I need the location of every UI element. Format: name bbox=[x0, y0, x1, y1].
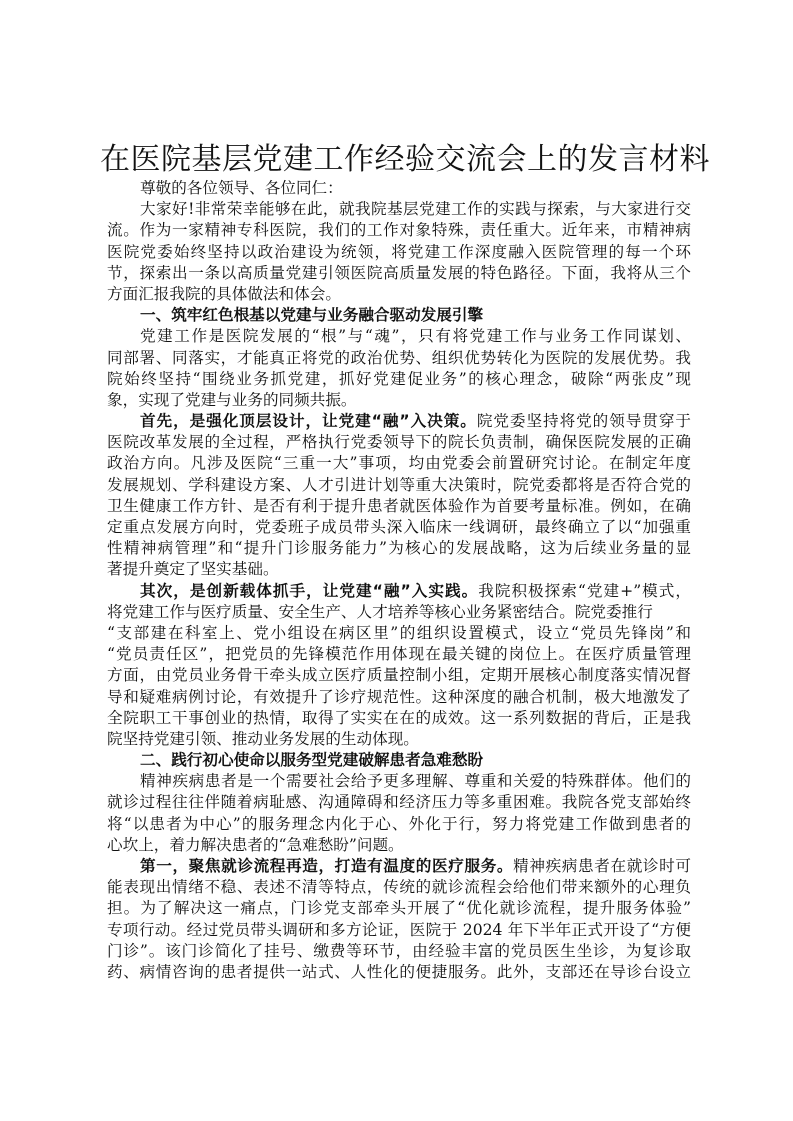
text-line: 门诊”。该门诊简化了挂号、缴费等环节，由经验丰富的党员医生坐诊，为复诊取 bbox=[107, 941, 691, 962]
text-line: 医院改革发展的全过程，严格执行党委领导下的院长负责制，确保医院发展的正确 bbox=[107, 432, 691, 453]
text-line: 首先，是强化顶层设计，让党建“融”入决策。院党委坚持将党的领导贯穿于 bbox=[107, 411, 691, 432]
text-line: 院始终坚持“围绕业务抓党建，抓好党建促业务”的核心理念，破除“两张皮”现 bbox=[107, 369, 691, 390]
lead-sentence: 第一，聚焦就诊流程再造，打造有温度的医疗服务。 bbox=[140, 857, 513, 875]
text-line: 著提升奠定了坚实基础。 bbox=[107, 559, 691, 580]
text-line: 导和疑难病例讨论，有效提升了诊疗规范性。这种深度的融合机制，极大地激发了 bbox=[107, 687, 691, 708]
document-page: 在医院基层党建工作经验交流会上的发言材料 尊敬的各位领导、各位同仁： 大家好!非… bbox=[0, 0, 793, 1121]
text-line: 发展规划、学科建设方案、人才引进计划等重大决策时，院党委都将是否符合党的 bbox=[107, 475, 691, 496]
salutation: 尊敬的各位领导、各位同仁： bbox=[107, 178, 691, 199]
document-title: 在医院基层党建工作经验交流会上的发言材料 bbox=[100, 140, 693, 180]
text-line: 将“以患者为中心”的服务理念内化于心、外化于行，努力将党建工作做到患者的 bbox=[107, 814, 691, 835]
text-line: 第一，聚焦就诊流程再造，打造有温度的医疗服务。精神疾病患者在就诊时可 bbox=[107, 856, 691, 877]
text-line: 精神疾病患者是一个需要社会给予更多理解、尊重和关爱的特殊群体。他们的 bbox=[107, 771, 691, 792]
lead-rest: 精神疾病患者在就诊时可 bbox=[513, 857, 691, 875]
text-line: 同部署、同落实，才能真正将党的政治优势、组织优势转化为医院的发展优势。我 bbox=[107, 348, 691, 369]
lead-rest: 院党委坚持将党的领导贯穿于 bbox=[477, 412, 691, 430]
paragraph-third-point: 第一，聚焦就诊流程再造，打造有温度的医疗服务。精神疾病患者在就诊时可 能表现出情… bbox=[107, 856, 691, 983]
text-line: “支部建在科室上、党小组设在病区里”的组织设置模式，设立“党员先锋岗”和 bbox=[107, 623, 691, 644]
text-line: 院坚持党建引领、推动业务发展的生动体现。 bbox=[107, 729, 691, 750]
paragraph-second-point: 其次，是创新载体抓手，让党建“融”入实践。我院积极探索“党建+”模式， 将党建工… bbox=[107, 581, 691, 751]
lead-rest: 我院积极探索“党建+”模式， bbox=[478, 582, 691, 600]
text-line: 担。为了解决这一痛点，门诊党支部牵头开展了“优化就诊流程，提升服务体验” bbox=[107, 898, 691, 919]
section-heading-1: 一、筑牢红色根基以党建与业务融合驱动发展引擎 bbox=[107, 305, 691, 326]
paragraph-section2-intro: 精神疾病患者是一个需要社会给予更多理解、尊重和关爱的特殊群体。他们的 就诊过程往… bbox=[107, 771, 691, 856]
paragraph-section1-intro: 党建工作是医院发展的“根”与“魂”，只有将党建工作与业务工作同谋划、 同部署、同… bbox=[107, 326, 691, 411]
text-line: 方面，由党员业务骨干牵头成立医疗质量控制小组，定期开展核心制度落实情况督 bbox=[107, 665, 691, 686]
text-line: 象，实现了党建与业务的同频共振。 bbox=[107, 390, 691, 411]
text-line: 大家好!非常荣幸能够在此，就我院基层党建工作的实践与探索，与大家进行交 bbox=[107, 199, 691, 220]
text-line: 医院党委始终坚持以政治建设为统领，将党建工作深度融入医院管理的每一个环 bbox=[107, 242, 691, 263]
text-line: 能表现出情绪不稳、表述不清等特点，传统的就诊流程会给他们带来额外的心理负 bbox=[107, 877, 691, 898]
paragraph-first-point: 首先，是强化顶层设计，让党建“融”入决策。院党委坚持将党的领导贯穿于 医院改革发… bbox=[107, 411, 691, 581]
text-line: 政治方向。凡涉及医院“三重一大”事项，均由党委会前置研究讨论。在制定年度 bbox=[107, 453, 691, 474]
lead-sentence: 其次，是创新载体抓手，让党建“融”入实践。 bbox=[140, 582, 478, 600]
document-body: 尊敬的各位领导、各位同仁： 大家好!非常荣幸能够在此，就我院基层党建工作的实践与… bbox=[107, 178, 691, 983]
text-line: 方面汇报我院的具体做法和体会。 bbox=[107, 284, 691, 305]
lead-sentence: 首先，是强化顶层设计，让党建“融”入决策。 bbox=[140, 412, 477, 430]
text-line: 专项行动。经过党员带头调研和多方论证，医院于 2024 年下半年正式开设了“方便 bbox=[107, 920, 691, 941]
text-line: 定重点发展方向时，党委班子成员带头深入临床一线调研，最终确立了以“加强重 bbox=[107, 517, 691, 538]
text-line: “党员责任区”，把党员的先锋模范作用体现在最关键的岗位上。在医疗质量管理 bbox=[107, 644, 691, 665]
section-heading-2: 二、践行初心使命以服务型党建破解患者急难愁盼 bbox=[107, 750, 691, 771]
text-line: 流。作为一家精神专科医院，我们的工作对象特殊，责任重大。近年来，市精神病 bbox=[107, 220, 691, 241]
text-line: 节，探索出一条以高质量党建引领医院高质量发展的特色路径。下面，我将从三个 bbox=[107, 263, 691, 284]
text-line: 卫生健康工作方针、是否有利于提升患者就医体验作为首要考量标准。例如，在确 bbox=[107, 496, 691, 517]
paragraph-intro: 大家好!非常荣幸能够在此，就我院基层党建工作的实践与探索，与大家进行交 流。作为… bbox=[107, 199, 691, 305]
text-line: 心坎上，着力解决患者的“急难愁盼”问题。 bbox=[107, 835, 691, 856]
text-line: 将党建工作与医疗质量、安全生产、人才培养等核心业务紧密结合。院党委推行 bbox=[107, 602, 691, 623]
text-line: 就诊过程往往伴随着病耻感、沟通障碍和经济压力等多重困难。我院各党支部始终 bbox=[107, 792, 691, 813]
text-line: 党建工作是医院发展的“根”与“魂”，只有将党建工作与业务工作同谋划、 bbox=[107, 326, 691, 347]
text-line: 性精神病管理”和“提升门诊服务能力”为核心的发展战略，这为后续业务量的显 bbox=[107, 538, 691, 559]
text-line: 其次，是创新载体抓手，让党建“融”入实践。我院积极探索“党建+”模式， bbox=[107, 581, 691, 602]
text-line: 药、病情咨询的患者提供一站式、人性化的便捷服务。此外，支部还在导诊台设立 bbox=[107, 962, 691, 983]
text-line: 全院职工干事创业的热情，取得了实实在在的成效。这一系列数据的背后，正是我 bbox=[107, 708, 691, 729]
